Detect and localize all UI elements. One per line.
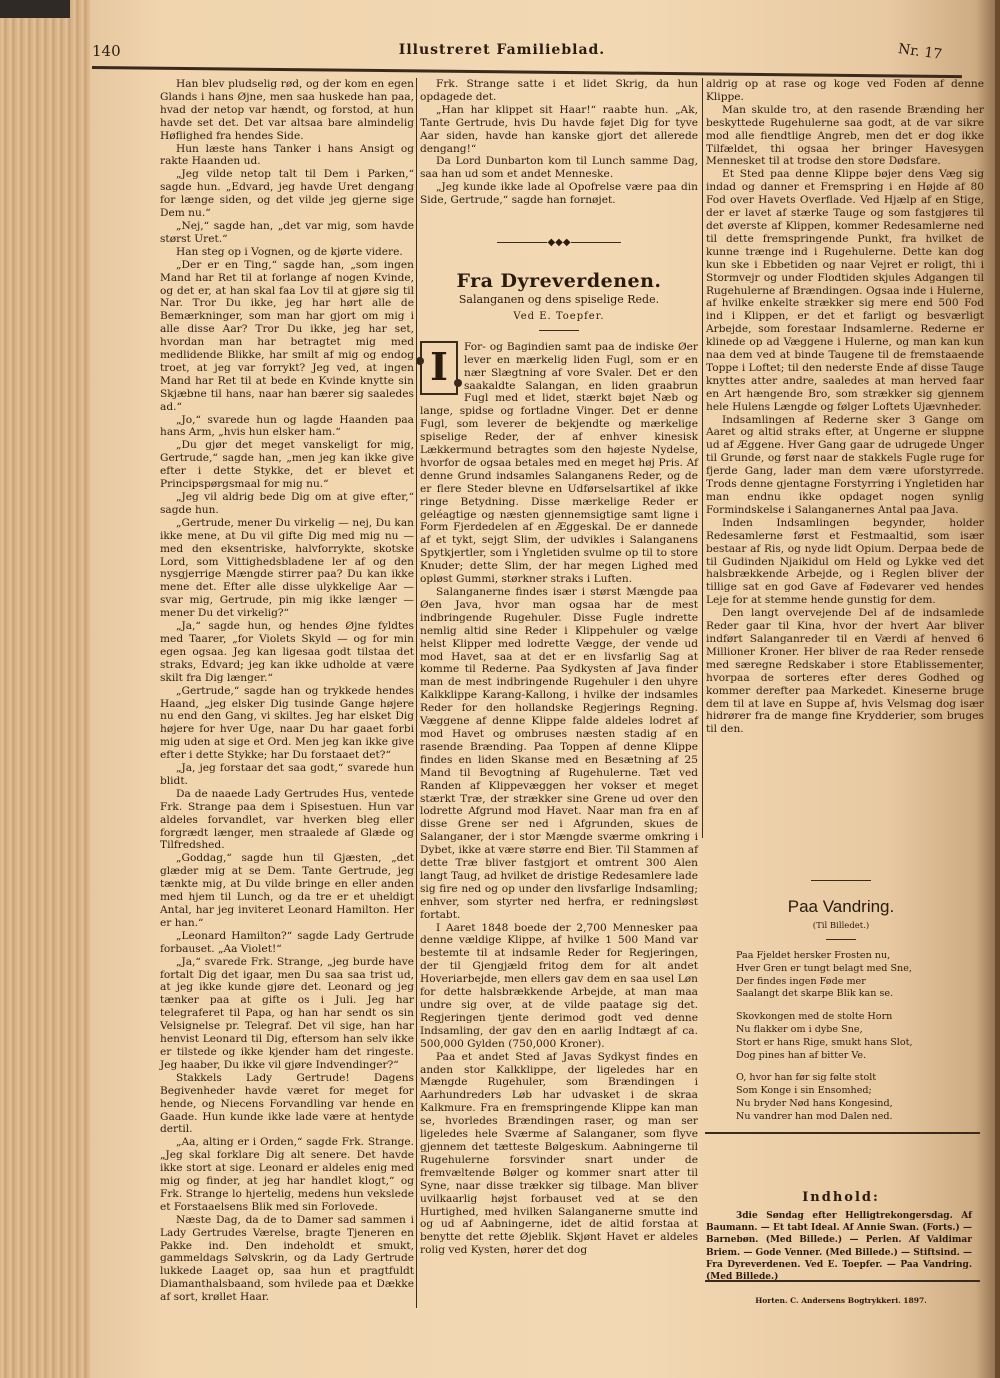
poem-line: Saalangt det skarpe Blik kan se. [736,988,976,1001]
paragraph: Den langt overvejende Del af de indsamle… [706,607,984,736]
column-divider [416,78,417,1308]
article-title: Fra Dyreverdenen. [420,270,698,292]
paragraph: aldrig op at rase og koge ved Foden af d… [706,78,984,104]
poem-stanza: Paa Fjeldet hersker Frosten nu, Hver Gre… [736,950,976,1001]
ornament-glyph: ◆◆◆ [547,237,570,248]
paragraph: „Leonard Hamilton?“ sagde Lady Gertrude … [160,930,414,956]
paragraph: „Jeg vil aldrig bede Dig om at give efte… [160,491,414,517]
poem-stanza: Skovkongen med de stolte Horn Nu flakker… [736,1011,976,1062]
paragraph: Indsamlingen af Rederne sker 3 Gange om … [706,414,984,517]
poem-ornament [706,870,976,889]
poem-line: Stort er hans Rige, smukt hans Slot, [736,1037,976,1050]
short-rule [539,330,579,331]
paragraph: „Gertrude,“ sagde han og trykkede hendes… [160,685,414,762]
book-cover-corner [0,0,70,18]
paragraph: „Jo,“ svarede hun og lagde Haanden paa h… [160,414,414,440]
contents-bottom-rule [705,1280,980,1282]
column-1: Han blev pludselig rød, og der kom en eg… [160,78,414,1304]
poem-line: Nu flakker om i dybe Sne, [736,1024,976,1037]
poem-line: Som Konge i sin Ensomhed; [736,1085,976,1098]
poem: Paa Vandring. (Til Billedet.) Paa Fjelde… [706,870,976,1124]
paragraph: „Aa, alting er i Orden,“ sagde Frk. Stra… [160,1136,414,1213]
paragraph: Da de naaede Lady Gertrudes Hus, ventede… [160,788,414,853]
paragraph: I Aaret 1848 boede der 2,700 Mennesker p… [420,922,698,1051]
section-ornament: ◆◆◆ [420,237,698,250]
paragraph: „Ja,“ sagde hun, og hendes Øjne fyldtes … [160,620,414,685]
paragraph: „Du gjør det meget vanskeligt for mig, G… [160,439,414,491]
paragraph: „Der er en Ting,“ sagde han, „som ingen … [160,259,414,414]
paragraph: „Jeg kunde ikke lade al Opofrelse være p… [420,181,698,207]
paragraph: Han steg op i Vognen, og de kjørte vider… [160,246,414,259]
paragraph: Frk. Strange satte i et lidet Skrig, da … [420,78,698,104]
poem-line: Der findes ingen Føde mer [736,976,976,989]
poem-stanza: O, hvor han før sig følte stolt Som Kong… [736,1072,976,1123]
paragraph: „Jeg vilde netop talt til Dem i Parken,“… [160,168,414,220]
column-2: Frk. Strange satte i et lidet Skrig, da … [420,78,698,1257]
column-divider [702,78,703,838]
paragraph: Salanganerne findes især i størst Mængde… [420,586,698,922]
poem-line: Paa Fjeldet hersker Frosten nu, [736,950,976,963]
printer-imprint: Horten. C. Andersens Bogtrykkeri. 1897. [706,1296,976,1305]
column-3: aldrig op at rase og koge ved Foden af d… [706,78,984,736]
article-byline: Ved E. Toepfer. [420,311,698,324]
paragraph: „Gertrude, mener Du virkelig — nej, Du k… [160,517,414,620]
poem-line: O, hvor han før sig følte stolt [736,1072,976,1085]
book-page-edges [0,0,90,1378]
paragraph: „Goddag,“ sagde hun til Gjæsten, „det gl… [160,852,414,929]
paragraph: Man skulde tro, at den rasende Brænding … [706,104,984,169]
decorative-dropcap: I [420,341,458,395]
poem-line: Nu bryder Nød hans Kongesind, [736,1098,976,1111]
paragraph: Næste Dag, da de to Damer sad sammen i L… [160,1214,414,1304]
paragraph: „Ja,“ svarede Frk. Strange, „jeg burde h… [160,956,414,1072]
poem-line: Hver Gren er tungt belagt med Sne, [736,963,976,976]
contents-top-rule [705,1132,980,1134]
poem-line: Skovkongen med de stolte Horn [736,1011,976,1024]
paragraph: Paa et andet Sted af Javas Sydkyst finde… [420,1051,698,1258]
poem-line: Nu vandrer han mod Dalen ned. [736,1111,976,1124]
page-header: 140 Illustreret Familieblad. Nr. 17 [92,38,912,68]
article-subtitle: Salanganen og dens spiselige Rede. [420,294,698,307]
paragraph: „Nej,“ sagde han, „det var mig, som havd… [160,220,414,246]
paragraph: For- og Bagindien samt paa de indiske Øe… [420,341,698,586]
paragraph: Da Lord Dunbarton kom til Lunch samme Da… [420,155,698,181]
paragraph: „Han har klippet sit Haar!“ raabte hun. … [420,104,698,156]
paragraph: Hun læste hans Tanker i hans Ansigt og r… [160,143,414,169]
poem-subtitle: (Til Billedet.) [706,921,976,931]
paragraph: Stakkels Lady Gertrude! Dagens Begivenhe… [160,1072,414,1137]
contents-text: 3die Søndag efter Helligtrekongersdag. A… [706,1210,972,1283]
poem-title: Paa Vandring. [706,897,976,917]
contents-title: Indhold: [706,1190,976,1205]
paragraph: Et Sted paa denne Klippe bøjer dens Væg … [706,168,984,413]
paragraph: „Ja, jeg forstaar det saa godt,“ svarede… [160,762,414,788]
paragraph: Inden Indsamlingen begynder, holder Rede… [706,517,984,607]
paragraph: Han blev pludselig rød, og der kom en eg… [160,78,414,143]
poem-line: Dog pines han af bitter Ve. [736,1050,976,1063]
short-rule [826,939,856,940]
magazine-title: Illustreret Familieblad. [92,42,912,58]
